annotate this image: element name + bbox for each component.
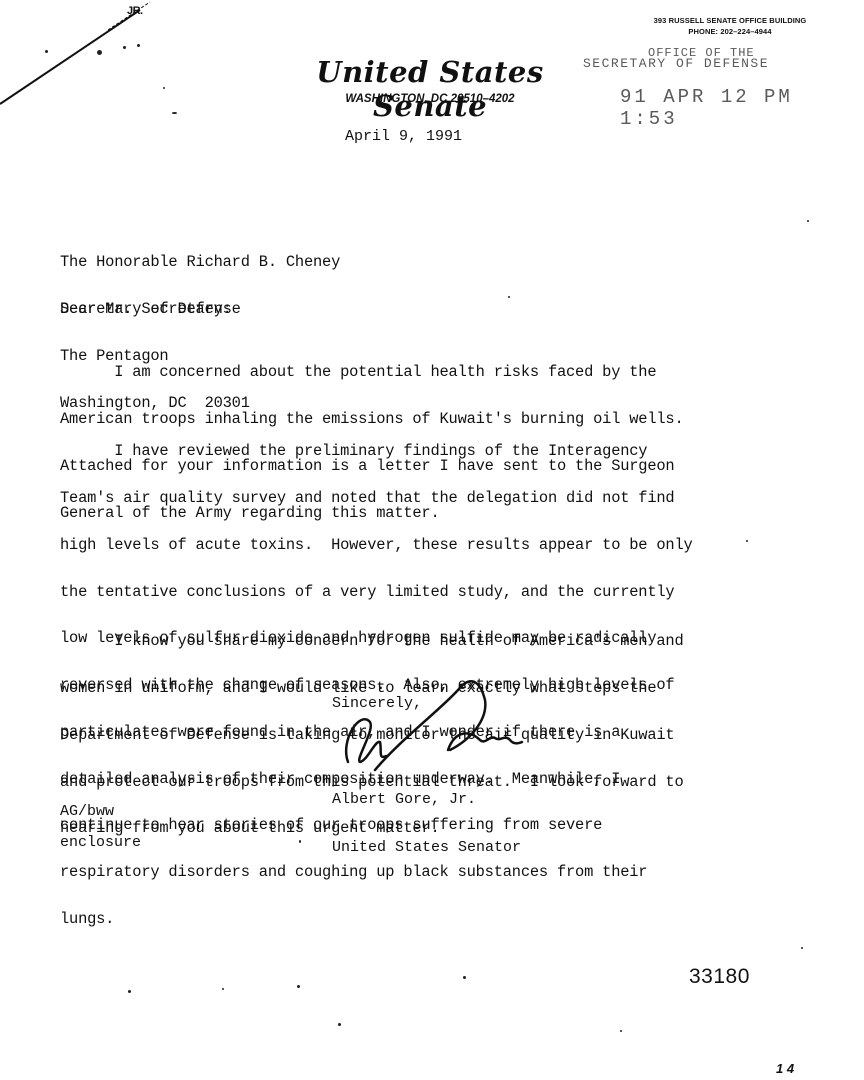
scan-speck bbox=[172, 112, 177, 114]
corner-jr-mark: JR. bbox=[127, 5, 143, 17]
scan-speck bbox=[299, 840, 301, 843]
text-line: the tentative conclusions of a very limi… bbox=[60, 585, 693, 601]
letter-date: April 9, 1991 bbox=[345, 128, 462, 145]
scan-speck bbox=[807, 220, 809, 222]
salutation: Dear Mr. Secretary: bbox=[60, 302, 232, 318]
scan-speck bbox=[97, 50, 102, 55]
typist-initials: AG/bww bbox=[60, 803, 114, 820]
page-mark: 1 4 bbox=[776, 1061, 794, 1076]
signer-title: United States Senator bbox=[332, 840, 521, 856]
scan-speck bbox=[801, 947, 803, 949]
scan-speck bbox=[338, 1023, 341, 1026]
scan-speck bbox=[137, 44, 140, 47]
scan-speck bbox=[123, 46, 126, 49]
recipient-line: The Honorable Richard B. Cheney bbox=[60, 255, 340, 271]
scan-speck bbox=[297, 985, 300, 988]
signer-name: Albert Gore, Jr. bbox=[332, 792, 521, 808]
return-address-phone: PHONE: 202–224–4944 bbox=[630, 26, 830, 37]
scan-speck bbox=[620, 1030, 622, 1032]
text-line: high levels of acute toxins. However, th… bbox=[60, 538, 693, 554]
text-line: Team's air quality survey and noted that… bbox=[60, 491, 693, 507]
scan-speck bbox=[45, 50, 48, 53]
scan-speck bbox=[163, 87, 165, 89]
return-address-building: 393 RUSSELL SENATE OFFICE BUILDING bbox=[630, 15, 830, 26]
letterhead-address: WASHINGTON, DC 20510–4202 bbox=[290, 93, 570, 105]
scan-speck bbox=[463, 976, 466, 979]
scan-speck bbox=[128, 990, 131, 993]
text-line: lungs. bbox=[60, 912, 693, 928]
enclosure-note: enclosure bbox=[60, 834, 141, 851]
scan-speck bbox=[746, 540, 748, 542]
text-line: I have reviewed the preliminary findings… bbox=[60, 444, 693, 460]
scan-speck bbox=[508, 296, 510, 298]
letter-page: JR. 393 RUSSELL SENATE OFFICE BUILDING P… bbox=[0, 0, 864, 1080]
document-number: 33180 bbox=[689, 965, 750, 989]
received-stamp-datetime: 91 APR 12 PM 1:53 bbox=[620, 86, 864, 130]
letterhead-title: United States Senate bbox=[290, 55, 570, 123]
received-stamp-line2: SECRETARY OF DEFENSE bbox=[583, 56, 769, 71]
corner-slash-mark bbox=[0, 0, 200, 110]
signature-block: Albert Gore, Jr. United States Senator bbox=[332, 760, 521, 888]
text-line: I am concerned about the potential healt… bbox=[60, 365, 683, 381]
return-address: 393 RUSSELL SENATE OFFICE BUILDING PHONE… bbox=[630, 15, 830, 37]
scan-speck bbox=[222, 988, 224, 990]
text-line: I know you share my concern for the heal… bbox=[60, 634, 683, 650]
